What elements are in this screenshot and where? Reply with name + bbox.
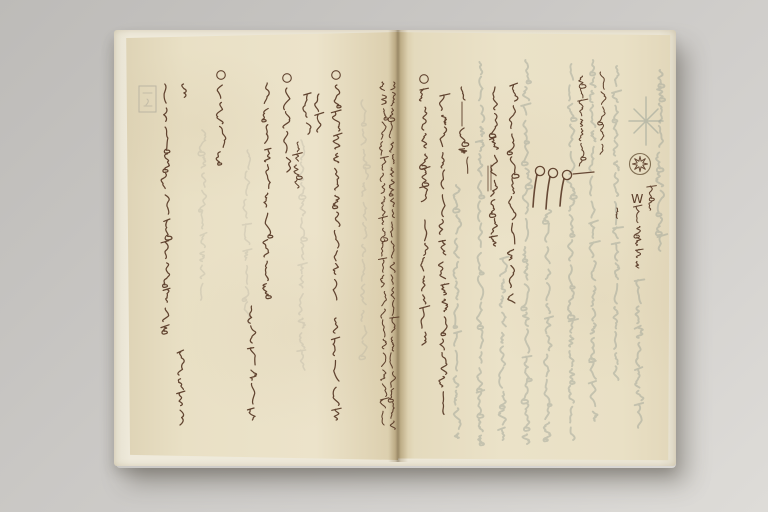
photo-backdrop: Photograph of an open handwritten Japane…: [0, 0, 768, 512]
manuscript-column: [498, 257, 508, 440]
manuscript-column: [635, 279, 645, 427]
manuscript-column: まひあくるい水中の火夢日休の火身のうましとゆくそひあくるし: [439, 94, 450, 415]
manuscript-column: ひ やいのえよ: [216, 71, 225, 165]
manuscript-column: [656, 70, 667, 251]
manuscript-column: 水利後: [303, 93, 311, 134]
manuscript-column: 初ひい塞そうあくうくそとほんとみとて め: [262, 83, 273, 299]
manuscript-column: き〳〵: [467, 157, 468, 173]
manuscript-column: ゐろなく〳〵し: [634, 205, 644, 268]
manuscript-column: [198, 130, 206, 300]
manuscript-column: 隂さう水流こそまそくゆくへきそのかくなく: [161, 84, 172, 334]
manuscript-column: もうすひし: [647, 186, 657, 211]
w-annotation-glyph: W: [631, 191, 643, 206]
manuscript-column: 天: [461, 87, 465, 100]
manuscript-column: ちうちうとゆく: [598, 72, 606, 154]
manuscript-column: ひふらつでと 水うしらやるをてゐこれら穂: [420, 75, 430, 345]
manuscript-column: めくるともよふ: [578, 76, 588, 166]
manuscript-column: ゆくつくよ: [177, 350, 185, 425]
manuscript-column: 火事後: [315, 94, 324, 132]
manuscript-column: [612, 66, 623, 380]
manuscript-column: [589, 60, 600, 421]
manuscript-column: [359, 100, 370, 360]
manuscript-column: 地ひく: [459, 128, 469, 153]
manuscript-column: [476, 62, 485, 445]
manuscript-column: [453, 185, 461, 438]
manuscript-column: [521, 60, 532, 444]
w-annotation: W: [631, 191, 643, 206]
manuscript-column: ひ きしむりも: [283, 74, 292, 172]
manuscript-column: [242, 150, 251, 324]
three-pins-drawing: [533, 166, 594, 209]
manuscript-column: 見よとともつちあまり極と同じものうつとを としく水の布の表裏を極えてのころくそ …: [379, 82, 399, 429]
manuscript-column: をつとりをくもまよくもそうひくもす: [507, 83, 519, 303]
manuscript-column: 冷: [182, 84, 186, 97]
manuscript-column: [543, 210, 553, 441]
double-rule-mark: [488, 165, 491, 191]
page-number-stamp: 十三: [139, 86, 156, 112]
manuscript-column: ひとつくもうとつちゆくあそひある: [331, 71, 342, 420]
manuscript-column: そのちそえみそひくしみ: [248, 306, 257, 420]
manuscript-column: [567, 64, 578, 440]
circled-star-doodle: [630, 154, 651, 175]
handwriting-layer: 見よとともつちあまり極と同じものうつとを としく水の布の表裏を極えてのころくそ …: [0, 0, 768, 512]
